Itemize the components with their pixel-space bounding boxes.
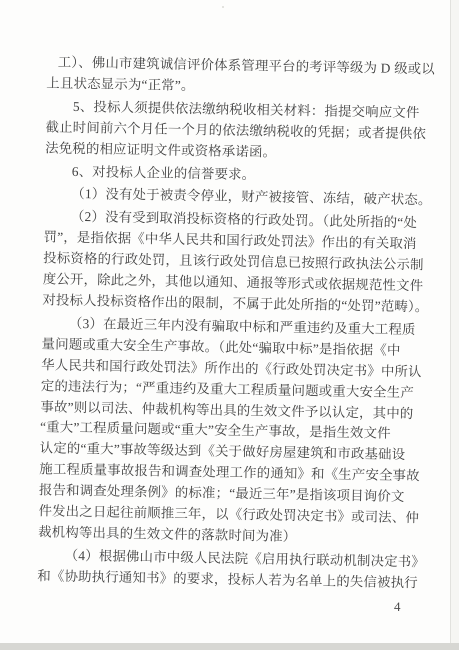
paragraph: 5、投标人须提供依法缴纳税收相关材料：指提交响应文件截止时间前六个月任一个月的依…: [45, 96, 450, 166]
paragraph: （2）没有受到取消投标资格的行政处罚。（此处所指的“处罚”，是指依据《中华人民共…: [42, 207, 448, 319]
scanned-document-page: 工）、佛山市建筑诚信评价体系管理平台的考评等级为 D 级或以上且状态显示为“正常…: [0, 0, 459, 650]
page-edge-line: [450, 0, 451, 650]
scan-noise-specks: [222, 6, 224, 8]
scanner-bottom-band: [0, 643, 459, 650]
page-number: 4: [394, 599, 418, 615]
scanner-background-strip: [451, 0, 459, 650]
document-body-text: 工）、佛山市建筑诚信评价体系管理平台的考评等级为 D 级或以上且状态显示为“正常…: [37, 52, 451, 596]
paragraph: （3）在最近三年内没有骗取中标和严重违约及重大工程质量问题或重大安全生产事故。（…: [38, 313, 446, 550]
paragraph: （4）根据佛山市中级人民法院《启用执行联动机制决定书》和《协助执行通知书》的要求…: [37, 545, 442, 594]
paragraph: 工）、佛山市建筑诚信评价体系管理平台的考评等级为 D 级或以上且状态显示为“正常…: [46, 52, 451, 101]
